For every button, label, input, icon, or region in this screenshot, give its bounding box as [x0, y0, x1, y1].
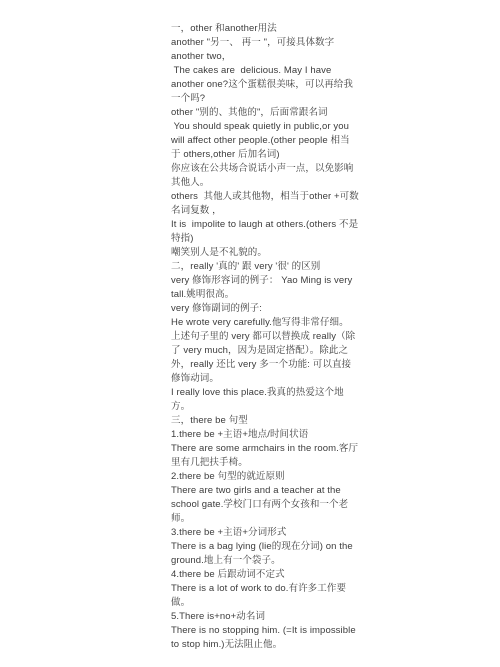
text-line: 师。 — [171, 512, 361, 526]
text-line: 2.there be 句型的就近原则 — [171, 470, 361, 484]
text-line: 其他人。 — [171, 176, 361, 190]
text-line: 4.there be 后跟动词不定式 — [171, 568, 361, 582]
text-line: 一，other 和another用法 — [171, 22, 361, 36]
text-line: 于 others,other 后加名词) — [171, 148, 361, 162]
text-line: very 修饰形容词的例子： Yao Ming is very — [171, 274, 361, 288]
text-line: tall.姚明很高。 — [171, 288, 361, 302]
text-line: 5.There is+no+动名词 — [171, 610, 361, 624]
text-line: 二，really '真的' 跟 very '很' 的区别 — [171, 260, 361, 274]
text-line: There is a lot of work to do.有许多工作要 — [171, 582, 361, 596]
text-line: There are some armchairs in the room.客厅 — [171, 442, 361, 456]
text-line: There are two girls and a teacher at the — [171, 484, 361, 498]
text-line: ground.地上有一个袋子。 — [171, 554, 361, 568]
text-line: other "别的、其他的"，后面常跟名词 — [171, 106, 361, 120]
text-line: 了 very much，因为是固定搭配）。除此之 — [171, 344, 361, 358]
text-line: others 其他人或其他物，相当于other +可数 — [171, 190, 361, 204]
text-line: school gate.学校门口有两个女孩和一个老 — [171, 498, 361, 512]
text-line: 三，there be 句型 — [171, 414, 361, 428]
text-line: 修饰动词。 — [171, 372, 361, 386]
text-line: very 修饰副词的例子: — [171, 302, 361, 316]
text-line: another two， — [171, 50, 361, 64]
text-line: 一个吗? — [171, 92, 361, 106]
text-line: 做。 — [171, 596, 361, 610]
text-line: 3.there be +主语+分词形式 — [171, 526, 361, 540]
grammar-notes-text: 一，other 和another用法another "另一、 再一 "，可接具体… — [171, 22, 361, 652]
text-line: I really love this place.我真的热爱这个地 — [171, 386, 361, 400]
text-line: 上述句子里的 very 都可以替换成 really（除 — [171, 330, 361, 344]
text-line: You should speak quietly in public,or yo… — [171, 120, 361, 134]
text-line: 里有几把扶手椅。 — [171, 456, 361, 470]
text-line: another "另一、 再一 "，可接具体数字 — [171, 36, 361, 50]
text-line: 嘲笑别人是不礼貌的。 — [171, 246, 361, 260]
text-line: He wrote very carefully.他写得非常仔细。 — [171, 316, 361, 330]
text-line: 名词复数 ， — [171, 204, 361, 218]
text-line: 外，really 还比 very 多一个功能: 可以直接 — [171, 358, 361, 372]
text-line: There is a bag lying (lie的现在分词) on the — [171, 540, 361, 554]
text-line: There is no stopping him. (=It is imposs… — [171, 624, 361, 638]
text-line: The cakes are delicious. May I have — [171, 64, 361, 78]
text-line: 方。 — [171, 400, 361, 414]
text-line: 特指) — [171, 232, 361, 246]
text-line: another one?这个蛋糕很美味，可以再给我 — [171, 78, 361, 92]
text-line: will affect other people.(other people 相… — [171, 134, 361, 148]
text-line: to stop him.)无法阻止他。 — [171, 638, 361, 652]
notes-page: 一，other 和another用法another "另一、 再一 "，可接具体… — [0, 0, 500, 667]
text-line: 你应该在公共场合说话小声一点，以免影响 — [171, 162, 361, 176]
text-line: 1.there be +主语+地点/时间状语 — [171, 428, 361, 442]
text-line: It is impolite to laugh at others.(other… — [171, 218, 361, 232]
